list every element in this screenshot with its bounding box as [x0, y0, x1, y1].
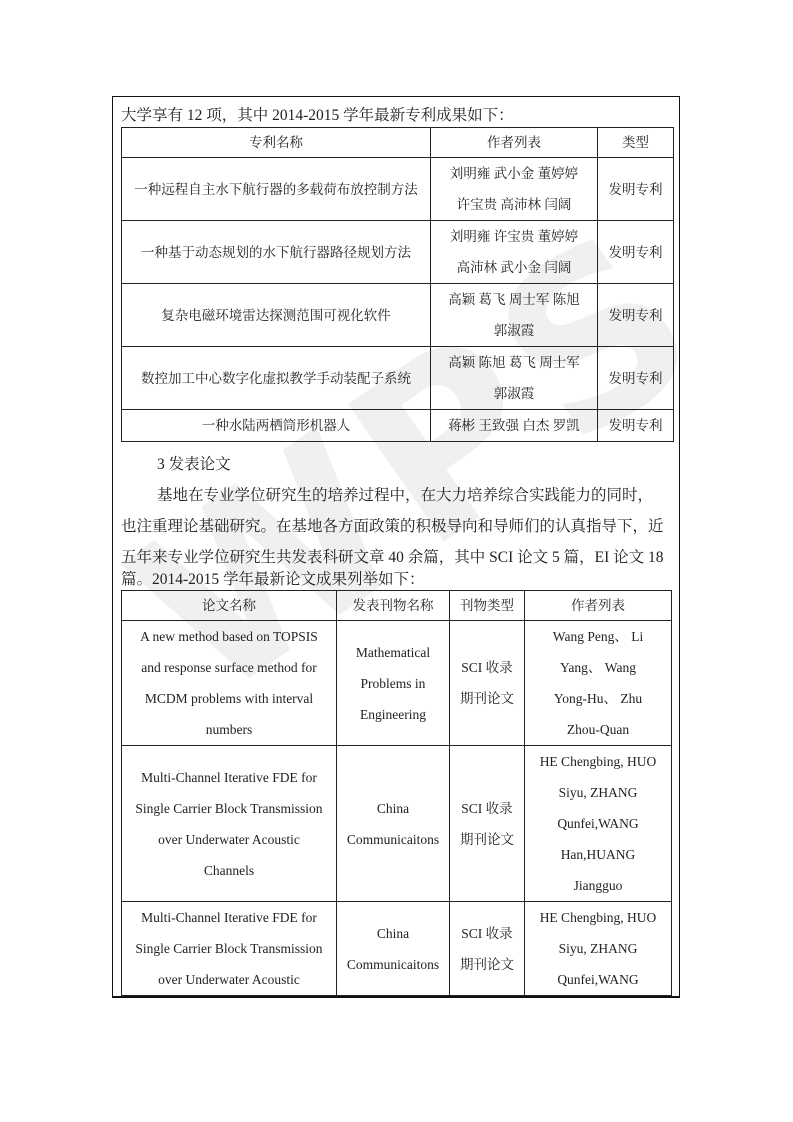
table-row: 一种基于动态规划的水下航行器路径规划方法 刘明雍 许宝贵 董婷婷高沛林 武小金 …	[122, 221, 674, 284]
paper-journal: ChinaCommunicaitons	[337, 746, 450, 902]
header-authors: 作者列表	[431, 128, 598, 158]
table-header-row: 专利名称 作者列表 类型	[122, 128, 674, 158]
patent-authors: 高颖 陈旭 葛飞 周士军郭淑霞	[431, 347, 598, 410]
paragraph-line: 基地在专业学位研究生的培养过程中，在大力培养综合实践能力的同时，	[157, 483, 653, 505]
paragraph-line: 五年来专业学位研究生共发表科研文章 40 余篇，其中 SCI 论文 5 篇，EI…	[121, 545, 664, 567]
header-journal-type: 刊物类型	[450, 591, 525, 621]
header-patent-name: 专利名称	[122, 128, 431, 158]
header-paper-title: 论文名称	[122, 591, 337, 621]
papers-table: 论文名称 发表刊物名称 刊物类型 作者列表 A new method based…	[121, 590, 672, 996]
paper-authors: HE Chengbing, HUOSiyu, ZHANGQunfei,WANG	[525, 902, 672, 996]
patent-type: 发明专利	[598, 221, 674, 284]
header-authors: 作者列表	[525, 591, 672, 621]
page-border-bottom	[112, 996, 680, 998]
paper-authors: HE Chengbing, HUOSiyu, ZHANGQunfei,WANGH…	[525, 746, 672, 902]
patent-authors: 刘明雍 武小金 董婷婷许宝贵 高沛林 闫阔	[431, 158, 598, 221]
patent-name: 一种远程自主水下航行器的多载荷布放控制方法	[122, 158, 431, 221]
table-row: Multi-Channel Iterative FDE forSingle Ca…	[122, 902, 672, 996]
table-row: Multi-Channel Iterative FDE forSingle Ca…	[122, 746, 672, 902]
patent-type: 发明专利	[598, 347, 674, 410]
patent-name: 数控加工中心数字化虚拟教学手动装配子系统	[122, 347, 431, 410]
table-row: 一种水陆两栖筒形机器人 蒋彬 王致强 白杰 罗凯 发明专利	[122, 410, 674, 442]
paper-journal: ChinaCommunicaitons	[337, 902, 450, 996]
patent-authors: 刘明雍 许宝贵 董婷婷高沛林 武小金 闫阔	[431, 221, 598, 284]
header-journal: 发表刊物名称	[337, 591, 450, 621]
patent-authors: 蒋彬 王致强 白杰 罗凯	[431, 410, 598, 442]
paper-title: A new method based on TOPSISand response…	[122, 621, 337, 746]
table-row: 一种远程自主水下航行器的多载荷布放控制方法 刘明雍 武小金 董婷婷许宝贵 高沛林…	[122, 158, 674, 221]
section-heading: 3 发表论文	[157, 452, 231, 474]
paper-type: SCI 收录期刊论文	[450, 621, 525, 746]
patent-type: 发明专利	[598, 158, 674, 221]
paper-title: Multi-Channel Iterative FDE forSingle Ca…	[122, 746, 337, 902]
paper-journal: MathematicalProblems inEngineering	[337, 621, 450, 746]
table-row: A new method based on TOPSISand response…	[122, 621, 672, 746]
intro-line: 大学享有 12 项，其中 2014-2015 学年最新专利成果如下：	[121, 103, 514, 125]
table-header-row: 论文名称 发表刊物名称 刊物类型 作者列表	[122, 591, 672, 621]
paper-type: SCI 收录期刊论文	[450, 902, 525, 996]
patent-type: 发明专利	[598, 410, 674, 442]
header-type: 类型	[598, 128, 674, 158]
paragraph-line: 篇。2014-2015 学年最新论文成果列举如下：	[121, 567, 425, 589]
paper-type: SCI 收录期刊论文	[450, 746, 525, 902]
patent-name: 一种基于动态规划的水下航行器路径规划方法	[122, 221, 431, 284]
table-row: 复杂电磁环境雷达探测范围可视化软件 高颖 葛飞 周士军 陈旭郭淑霞 发明专利	[122, 284, 674, 347]
patent-table: 专利名称 作者列表 类型 一种远程自主水下航行器的多载荷布放控制方法 刘明雍 武…	[121, 127, 674, 442]
patent-name: 复杂电磁环境雷达探测范围可视化软件	[122, 284, 431, 347]
patent-authors: 高颖 葛飞 周士军 陈旭郭淑霞	[431, 284, 598, 347]
table-row: 数控加工中心数字化虚拟教学手动装配子系统 高颖 陈旭 葛飞 周士军郭淑霞 发明专…	[122, 347, 674, 410]
paragraph-line: 也注重理论基础研究。在基地各方面政策的积极导向和导师们的认真指导下，近	[121, 514, 664, 536]
paper-authors: Wang Peng、 LiYang、 WangYong-Hu、 ZhuZhou-…	[525, 621, 672, 746]
patent-name: 一种水陆两栖筒形机器人	[122, 410, 431, 442]
paper-title: Multi-Channel Iterative FDE forSingle Ca…	[122, 902, 337, 996]
patent-type: 发明专利	[598, 284, 674, 347]
